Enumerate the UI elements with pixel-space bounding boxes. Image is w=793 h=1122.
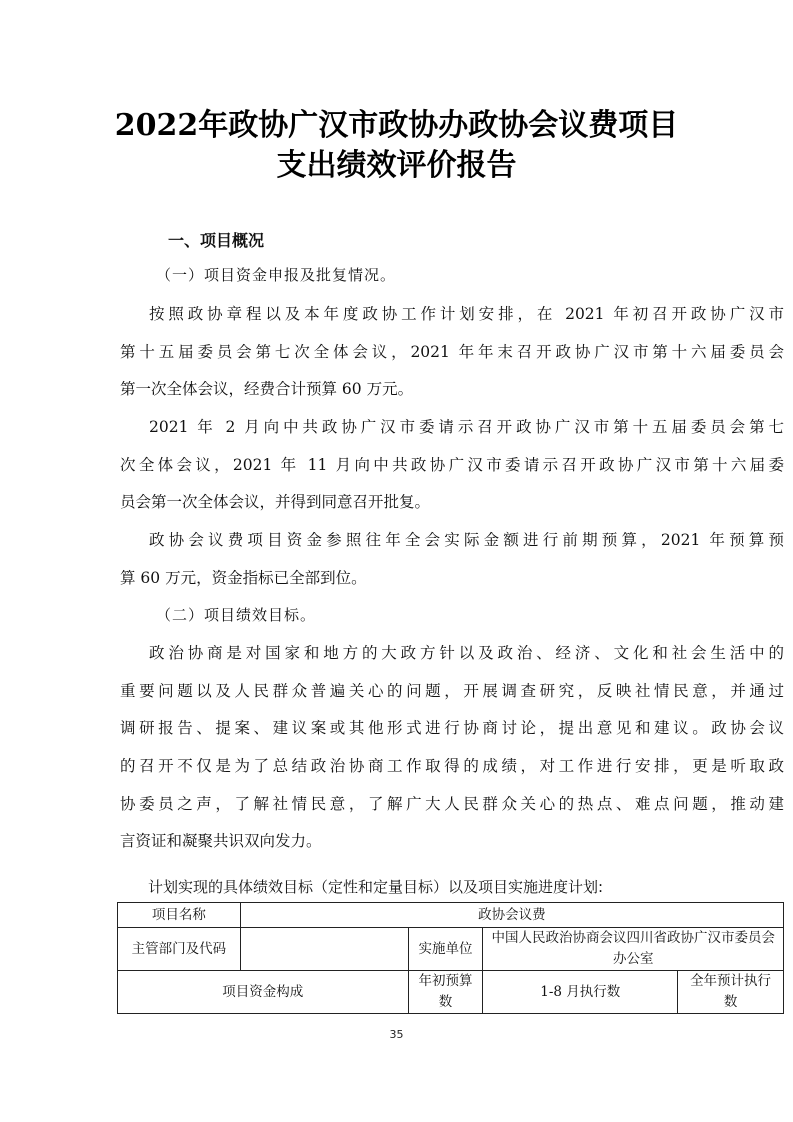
- subsection-heading-funding: （一）项目资金申报及批复情况。: [156, 264, 396, 285]
- table-cell-label: 项目资金构成: [118, 971, 409, 1014]
- paragraph-line: 员会第一次全体会议，并得到同意召开批复。: [120, 490, 430, 512]
- table-cell-project-name: 政协会议费: [240, 903, 783, 928]
- section-heading-overview: 一、项目概况: [168, 228, 264, 251]
- table-cell-impl-unit: 中国人民政治协商会议四川省政协广汉市委员会办公室: [483, 928, 784, 971]
- table-row: 项目名称 政协会议费: [118, 903, 784, 928]
- paragraph-line: 2021 年 2 月向中共政协广汉市委请示召开政协广汉市第十五届委员会第七: [149, 415, 784, 437]
- table-caption: 计划实现的具体绩效目标（定性和定量目标）以及项目实施进度计划:: [148, 876, 603, 897]
- paragraph-line: 政协会议费项目资金参照往年全会实际金额进行前期预算，2021 年预算预: [149, 528, 784, 550]
- table-cell-label: 实施单位: [408, 928, 483, 971]
- paragraph-line: 言资证和凝聚共识双向发力。: [120, 829, 322, 851]
- table-cell-label: 主管部门及代码: [118, 928, 241, 971]
- paragraph-line: 政治协商是对国家和地方的大政方针以及政治、经济、文化和社会生活中的: [149, 641, 784, 663]
- table-row: 主管部门及代码 实施单位 中国人民政治协商会议四川省政协广汉市委员会办公室: [118, 928, 784, 971]
- subsection-heading-goals: （二）项目绩效目标。: [156, 604, 316, 625]
- paragraph-line: 调研报告、提案、建议案或其他形式进行协商讨论，提出意见和建议。政协会议: [120, 716, 784, 738]
- performance-goal-table: 项目名称 政协会议费 主管部门及代码 实施单位 中国人民政治协商会议四川省政协广…: [117, 902, 784, 1014]
- table-cell-dept-code: [240, 928, 408, 971]
- paragraph-line: 算 60 万元，资金指标已全部到位。: [120, 566, 367, 588]
- page-number: 35: [0, 1028, 793, 1041]
- paragraph-line: 按照政协章程以及本年度政协工作计划安排，在 2021 年初召开政协广汉市: [149, 302, 784, 324]
- report-title-line1: 2022年政协广汉市政协办政协会议费项目: [0, 100, 793, 144]
- paragraph-line: 协委员之声，了解社情民意，了解广大人民群众关心的热点、难点问题，推动建: [120, 792, 784, 814]
- table-header-forecast: 全年预计执行数: [678, 971, 784, 1014]
- table-row: 项目资金构成 年初预算数 1-8 月执行数 全年预计执行数: [118, 971, 784, 1014]
- paragraph-line: 重要问题以及人民群众普遍关心的问题，开展调查研究，反映社情民意，并通过: [120, 679, 784, 701]
- report-title-line2: 支出绩效评价报告: [0, 140, 793, 184]
- paragraph-line: 第十五届委员会第七次全体会议，2021 年年末召开政协广汉市第十六届委员会: [120, 340, 784, 362]
- table-cell-label: 项目名称: [118, 903, 241, 928]
- paragraph-line: 的召开不仅是为了总结政治协商工作取得的成绩，对工作进行安排，更是听取政: [120, 754, 784, 776]
- table-header-budget: 年初预算数: [408, 971, 483, 1014]
- paragraph-line: 第一次全体会议，经费合计预算 60 万元。: [120, 377, 413, 399]
- table-header-exec: 1-8 月执行数: [483, 971, 678, 1014]
- paragraph-line: 次全体会议，2021 年 11 月向中共政协广汉市委请示召开政协广汉市第十六届委: [120, 453, 784, 475]
